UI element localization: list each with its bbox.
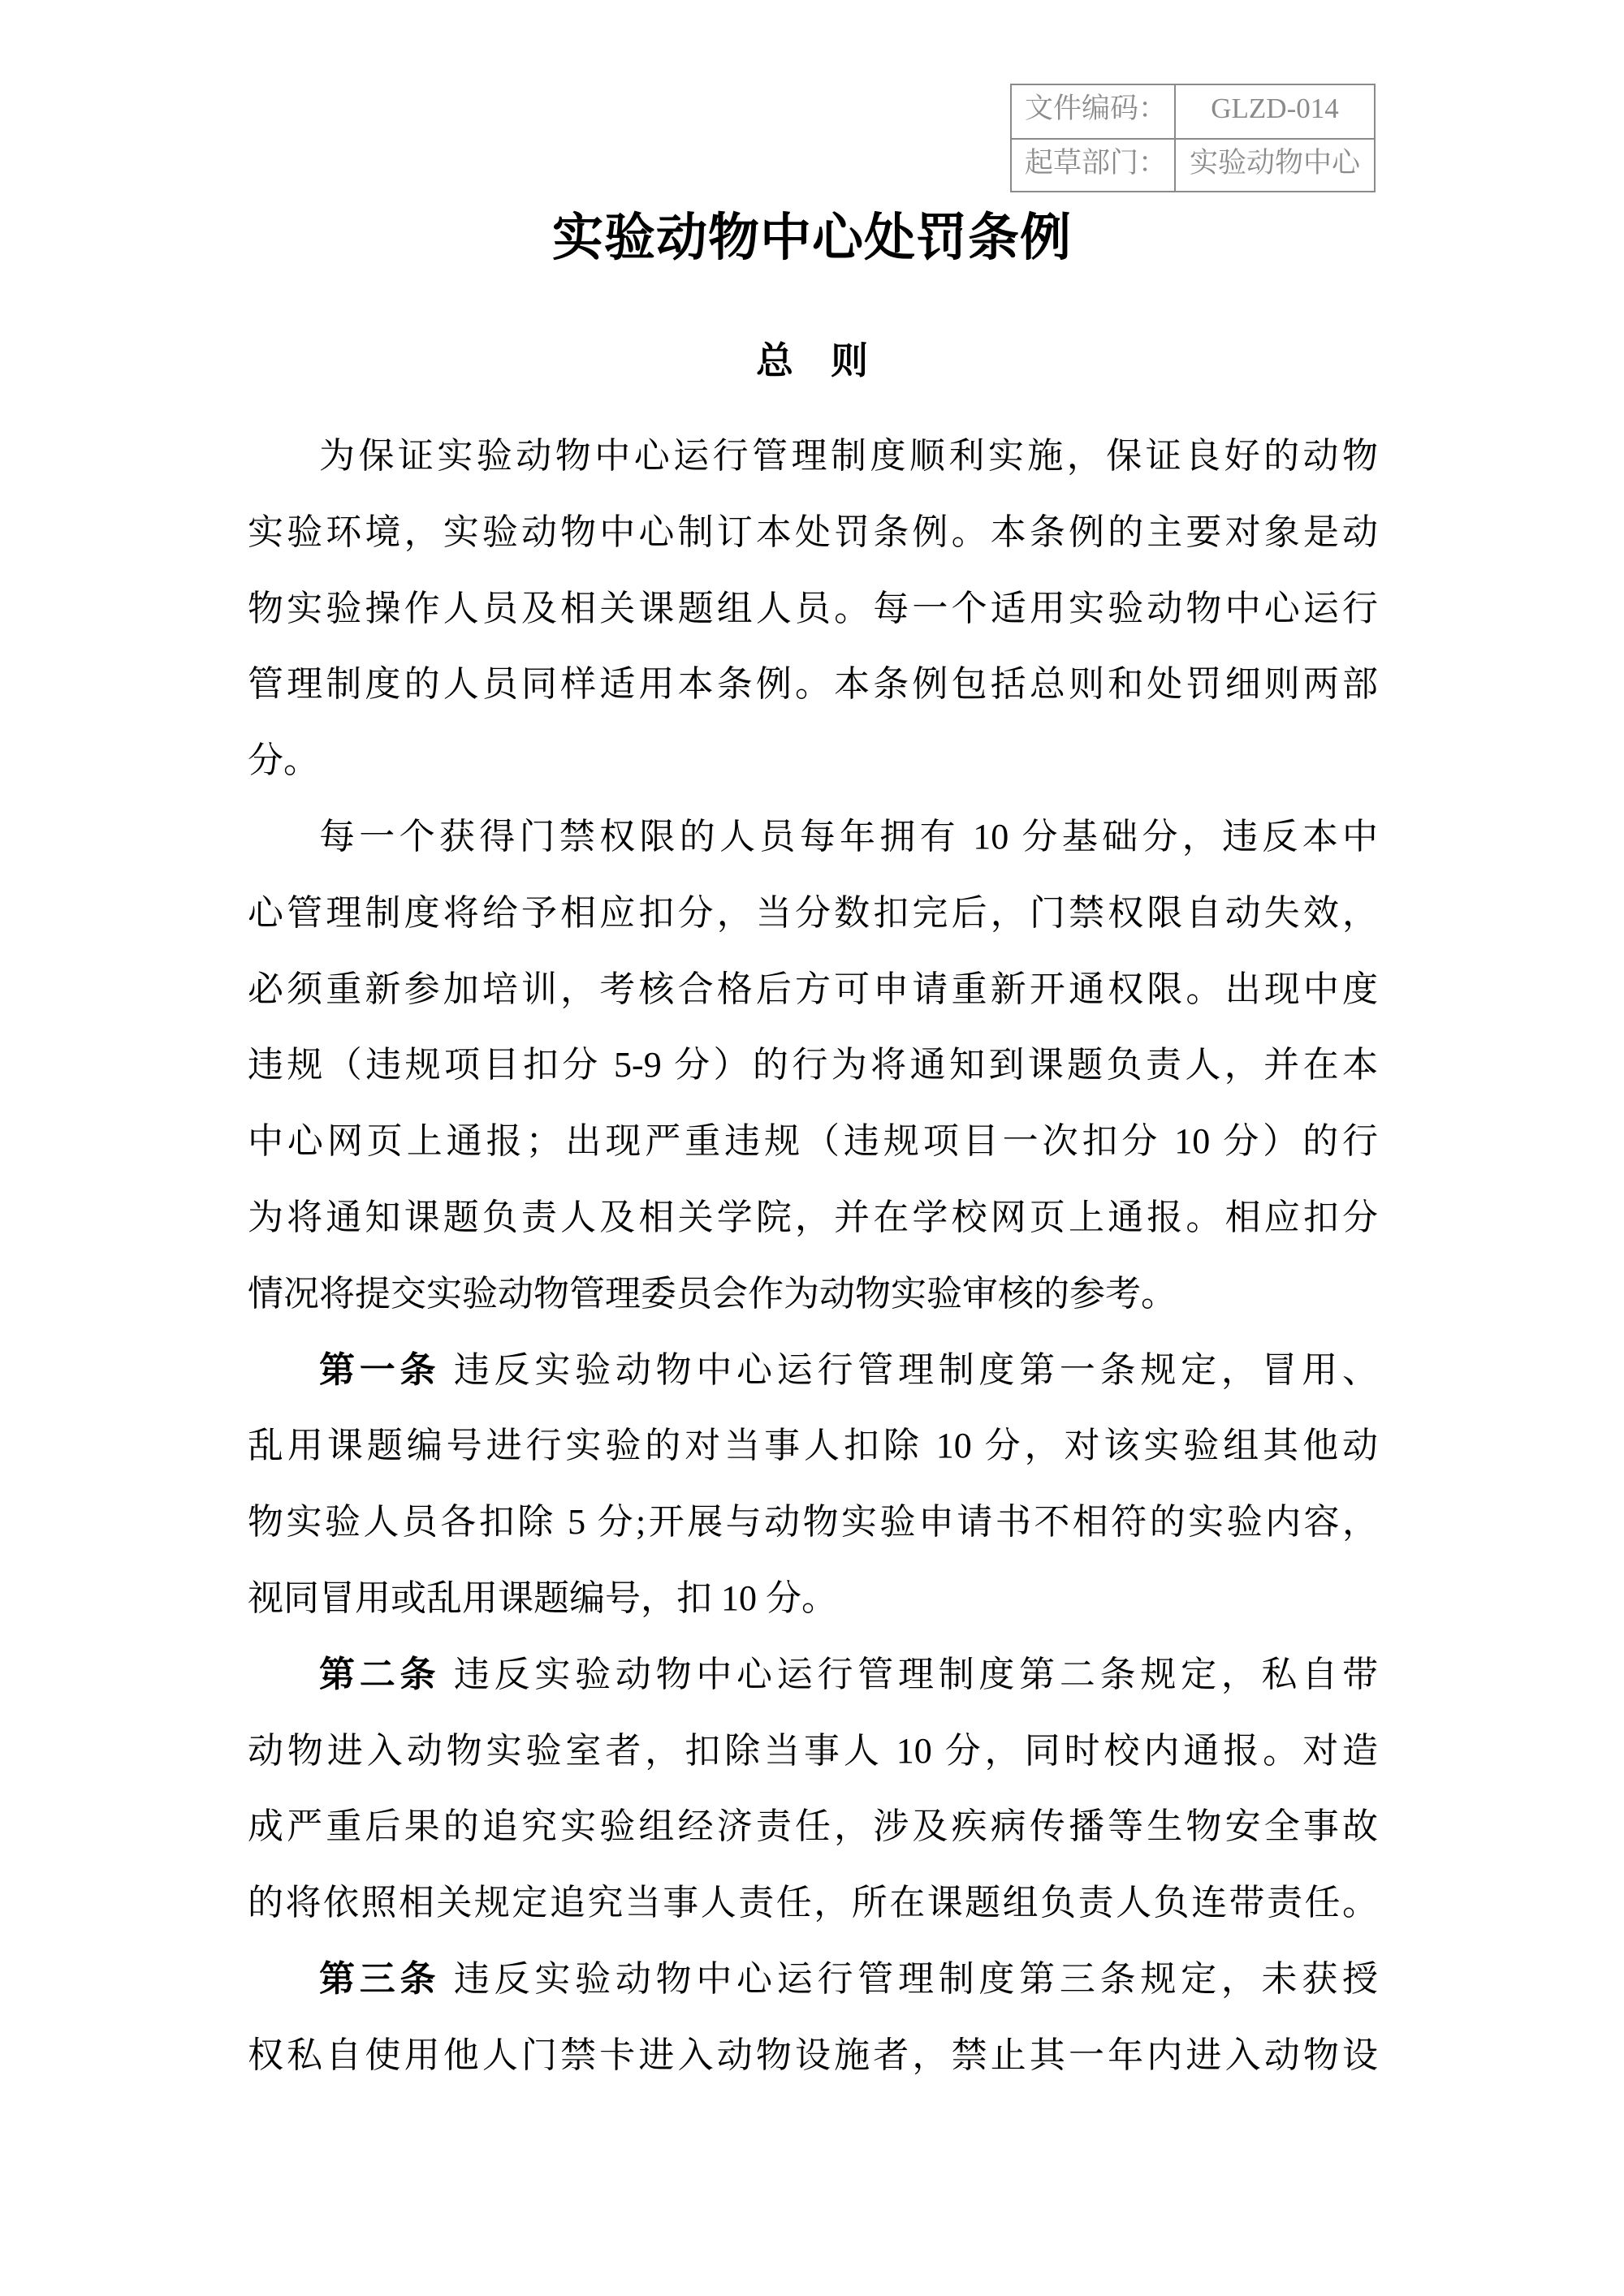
body-line: 心管理制度将给予相应扣分，当分数扣完后，门禁权限自动失效， [248,875,1378,952]
body-line-article-2: 第二条 违反实验动物中心运行管理制度第二条规定，私自带 [248,1637,1378,1713]
body-line: 必须重新参加培训，考核合格后方可申请重新开通权限。出现中度 [248,952,1378,1028]
body-line: 乱用课题编号进行实验的对当事人扣除 10 分，对该实验组其他动 [248,1408,1378,1484]
body-line: 情况将提交实验动物管理委员会作为动物实验审核的参考。 [248,1256,1378,1332]
body-line: 的将依照相关规定追究当事人责任，所在课题组负责人负连带责任。 [248,1865,1378,1941]
body-line: 为保证实验动物中心运行管理制度顺利实施，保证良好的动物 [248,418,1378,494]
drafting-dept-value: 实验动物中心 [1174,138,1374,191]
body-line: 成严重后果的追究实验组经济责任，涉及疾病传播等生物安全事故 [248,1789,1378,1865]
document-page: 文件编码： GLZD-014 起草部门： 实验动物中心 实验动物中心处罚条例 总… [0,0,1624,2296]
body-line: 权私自使用他人门禁卡进入动物设施者，禁止其一年内进入动物设 [248,2018,1378,2094]
body-line: 视同冒用或乱用课题编号，扣 10 分。 [248,1560,1378,1637]
drafting-dept-label: 起草部门： [1012,138,1174,191]
body-line: 中心网页上通报；出现严重违规（违规项目一次扣分 10 分）的行 [248,1103,1378,1180]
article-2-number: 第二条 [319,1655,440,1694]
file-code-value: GLZD-014 [1174,85,1374,138]
section-heading-general-principles: 总 则 [0,323,1624,399]
article-1-number: 第一条 [319,1350,440,1390]
file-code-label: 文件编码： [1012,85,1174,138]
body-line: 每一个获得门禁权限的人员每年拥有 10 分基础分，违反本中 [248,799,1378,875]
body-line: 动物进入动物实验室者，扣除当事人 10 分，同时校内通报。对造 [248,1713,1378,1789]
body-line: 实验环境，实验动物中心制订本处罚条例。本条例的主要对象是动 [248,494,1378,571]
article-3-number: 第三条 [319,1959,440,1999]
body-line-article-1: 第一条 违反实验动物中心运行管理制度第一条规定，冒用、 [248,1332,1378,1409]
body-line: 物实验人员各扣除 5 分;开展与动物实验申请书不相符的实验内容， [248,1484,1378,1560]
body-line: 管理制度的人员同样适用本条例。本条例包括总则和处罚细则两部 [248,646,1378,723]
body-line: 为将通知课题负责人及相关学院，并在学校网页上通报。相应扣分 [248,1180,1378,1256]
article-1-text: 违反实验动物中心运行管理制度第一条规定，冒用、 [440,1350,1378,1390]
body-line: 物实验操作人员及相关课题组人员。每一个适用实验动物中心运行 [248,571,1378,647]
body-line: 分。 [248,723,1378,799]
article-3-text: 违反实验动物中心运行管理制度第三条规定，未获授 [440,1959,1378,1999]
document-info-table: 文件编码： GLZD-014 起草部门： 实验动物中心 [1010,84,1376,192]
body-line: 违规（违规项目扣分 5-9 分）的行为将通知到课题负责人，并在本 [248,1027,1378,1103]
body-line-article-3: 第三条 违反实验动物中心运行管理制度第三条规定，未获授 [248,1941,1378,2018]
document-title: 实验动物中心处罚条例 [0,205,1624,271]
document-body: 为保证实验动物中心运行管理制度顺利实施，保证良好的动物 实验环境，实验动物中心制… [248,418,1378,2094]
article-2-text: 违反实验动物中心运行管理制度第二条规定，私自带 [440,1655,1378,1694]
